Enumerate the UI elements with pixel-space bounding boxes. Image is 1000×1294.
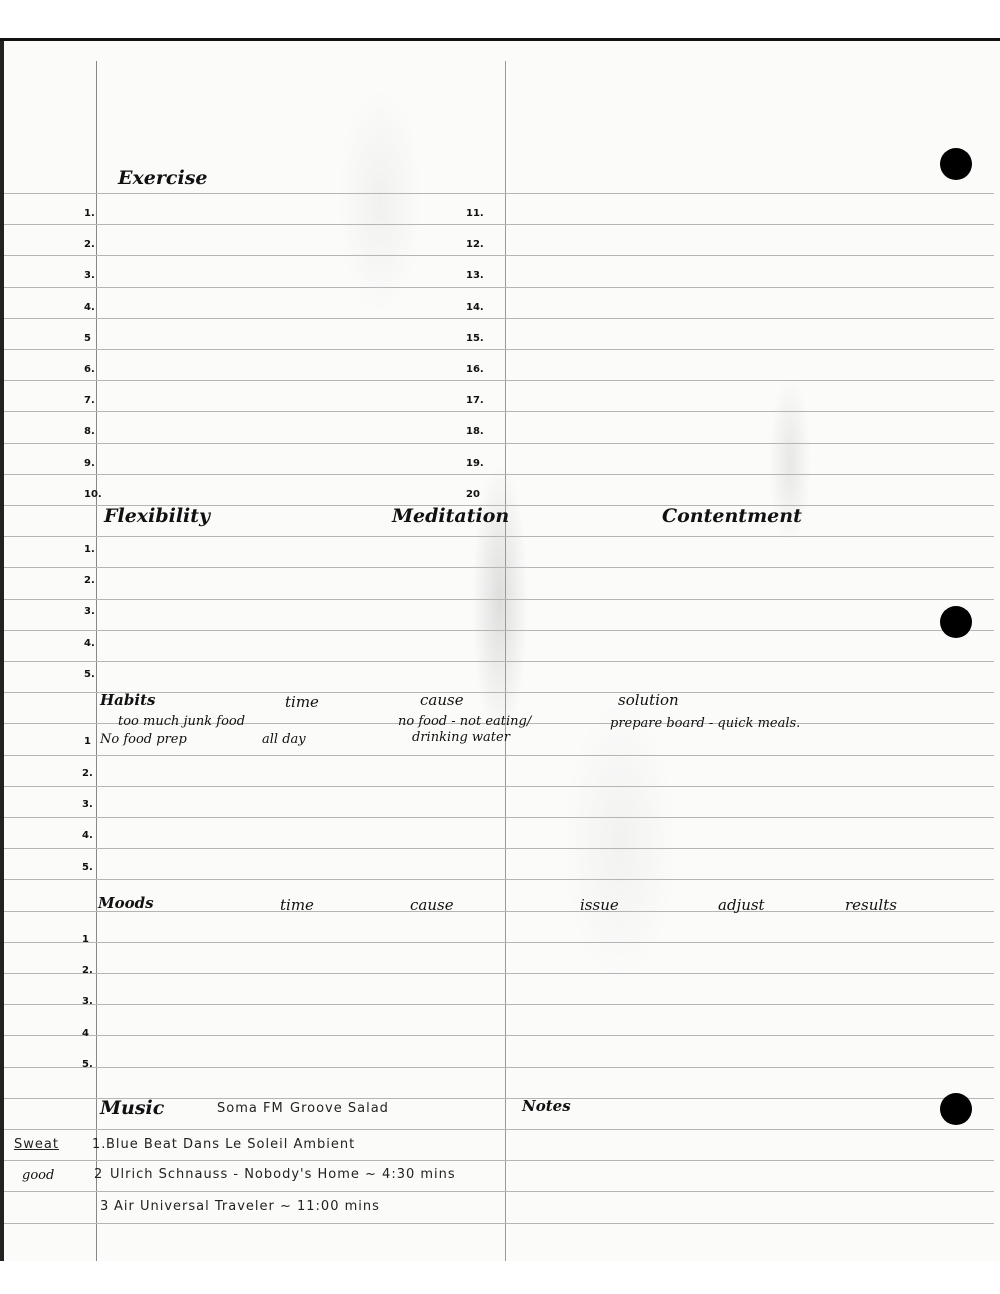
punch-hole-bottom xyxy=(940,1093,972,1125)
ruled-line xyxy=(4,1004,994,1005)
line-number: 5. xyxy=(84,670,95,680)
ruled-line xyxy=(4,848,994,849)
music-heading: Music xyxy=(100,1099,164,1118)
line-number: 9. xyxy=(84,459,95,469)
punch-hole-top xyxy=(940,148,972,180)
music-entry-3-number: 3 xyxy=(100,1199,109,1214)
ruled-line xyxy=(4,318,994,319)
moods-cause-header: cause xyxy=(410,898,454,913)
ruled-line xyxy=(4,411,994,412)
line-number: 3. xyxy=(84,271,95,281)
habit-entry-cause-line2: drinking water xyxy=(412,731,510,744)
line-number: 18. xyxy=(466,427,484,437)
ruled-line xyxy=(4,942,994,943)
line-number: 16. xyxy=(466,365,484,375)
ruled-line xyxy=(4,255,994,256)
ruled-line xyxy=(4,567,994,568)
line-number: 20 xyxy=(466,490,480,500)
habit-entry-line1: too much junk food xyxy=(118,715,245,728)
moods-adjust-header: adjust xyxy=(718,898,765,913)
music-station: Soma FM xyxy=(217,1101,284,1116)
ruled-line xyxy=(4,1160,994,1161)
line-number: 4 xyxy=(82,1029,89,1039)
ruled-line xyxy=(4,817,994,818)
ruled-line xyxy=(4,1067,994,1068)
line-number: 8. xyxy=(84,427,95,437)
line-number: 7. xyxy=(84,396,95,406)
ruled-line xyxy=(4,349,994,350)
side-note-good: good xyxy=(22,1169,54,1182)
contentment-heading: Contentment xyxy=(662,507,802,526)
music-notes-header: Notes xyxy=(522,1099,571,1114)
ruled-line xyxy=(4,1129,994,1130)
habit-entry-number: 1 xyxy=(84,737,91,747)
ruled-line xyxy=(4,755,994,756)
exercise-heading: Exercise xyxy=(118,169,207,188)
music-entry-2: Ulrich Schnauss - Nobody's Home ~ 4:30 m… xyxy=(110,1167,456,1182)
line-number: 10. xyxy=(84,490,102,500)
habit-entry-cause-line1: no food - not eating/ xyxy=(398,715,531,728)
ruled-line xyxy=(4,443,994,444)
ruled-line xyxy=(4,1223,994,1224)
meditation-heading: Meditation xyxy=(392,507,509,526)
music-entry-3: Air Universal Traveler ~ 11:00 mins xyxy=(114,1199,380,1214)
line-number: 3. xyxy=(82,997,93,1007)
habits-solution-header: solution xyxy=(618,693,679,708)
ruled-line xyxy=(4,786,994,787)
line-number: 4. xyxy=(82,831,93,841)
ruled-line xyxy=(4,536,994,537)
line-number: 5. xyxy=(82,1060,93,1070)
music-entry-1-number: 1. xyxy=(92,1137,106,1152)
line-number: 2. xyxy=(82,966,93,976)
ruled-line xyxy=(4,224,994,225)
ruled-line xyxy=(4,599,994,600)
punch-hole-middle xyxy=(940,606,972,638)
ruled-line xyxy=(4,380,994,381)
ruled-line xyxy=(4,1035,994,1036)
ruled-line xyxy=(4,474,994,475)
moods-heading: Moods xyxy=(98,896,154,911)
habit-entry-line2: No food prep xyxy=(100,733,187,746)
moods-results-header: results xyxy=(845,898,897,913)
ruled-line xyxy=(4,661,994,662)
line-number: 2. xyxy=(84,576,95,586)
ruled-line xyxy=(4,193,994,194)
habits-time-header: time xyxy=(285,695,319,710)
line-number: 5 xyxy=(84,334,91,344)
flexibility-heading: Flexibility xyxy=(104,507,210,526)
moods-issue-header: issue xyxy=(580,898,619,913)
habit-entry-solution: prepare board - quick meals. xyxy=(610,717,800,730)
music-entry-1: Blue Beat Dans Le Soleil Ambient xyxy=(106,1137,355,1152)
line-number: 4. xyxy=(84,303,95,313)
line-number: 17. xyxy=(466,396,484,406)
line-number: 13. xyxy=(466,271,484,281)
line-number: 11. xyxy=(466,209,484,219)
ruled-line xyxy=(4,287,994,288)
line-number: 12. xyxy=(466,240,484,250)
ruled-line xyxy=(4,630,994,631)
line-number: 5. xyxy=(82,863,93,873)
line-number: 4. xyxy=(84,639,95,649)
ruled-line xyxy=(4,973,994,974)
line-number: 1. xyxy=(84,209,95,219)
habits-cause-header: cause xyxy=(420,693,464,708)
line-number: 3. xyxy=(82,800,93,810)
habit-entry-time: all day xyxy=(262,733,306,746)
notebook-page: Exercise 1.2.3.4.56.7.8.9.10. 11.12.13.1… xyxy=(0,38,1000,1261)
line-number: 14. xyxy=(466,303,484,313)
music-channel: Groove Salad xyxy=(290,1101,389,1116)
line-number: 19. xyxy=(466,459,484,469)
moods-time-header: time xyxy=(280,898,314,913)
line-number: 2. xyxy=(84,240,95,250)
music-entry-2-number: 2 xyxy=(94,1167,103,1182)
line-number: 1. xyxy=(84,545,95,555)
line-number: 3. xyxy=(84,607,95,617)
habits-heading: Habits xyxy=(100,693,155,708)
ruled-line xyxy=(4,879,994,880)
line-number: 6. xyxy=(84,365,95,375)
line-number: 1 xyxy=(82,935,89,945)
line-number: 15. xyxy=(466,334,484,344)
side-note-sweat: Sweat xyxy=(14,1137,59,1152)
ruled-line xyxy=(4,1191,994,1192)
line-number: 2. xyxy=(82,769,93,779)
